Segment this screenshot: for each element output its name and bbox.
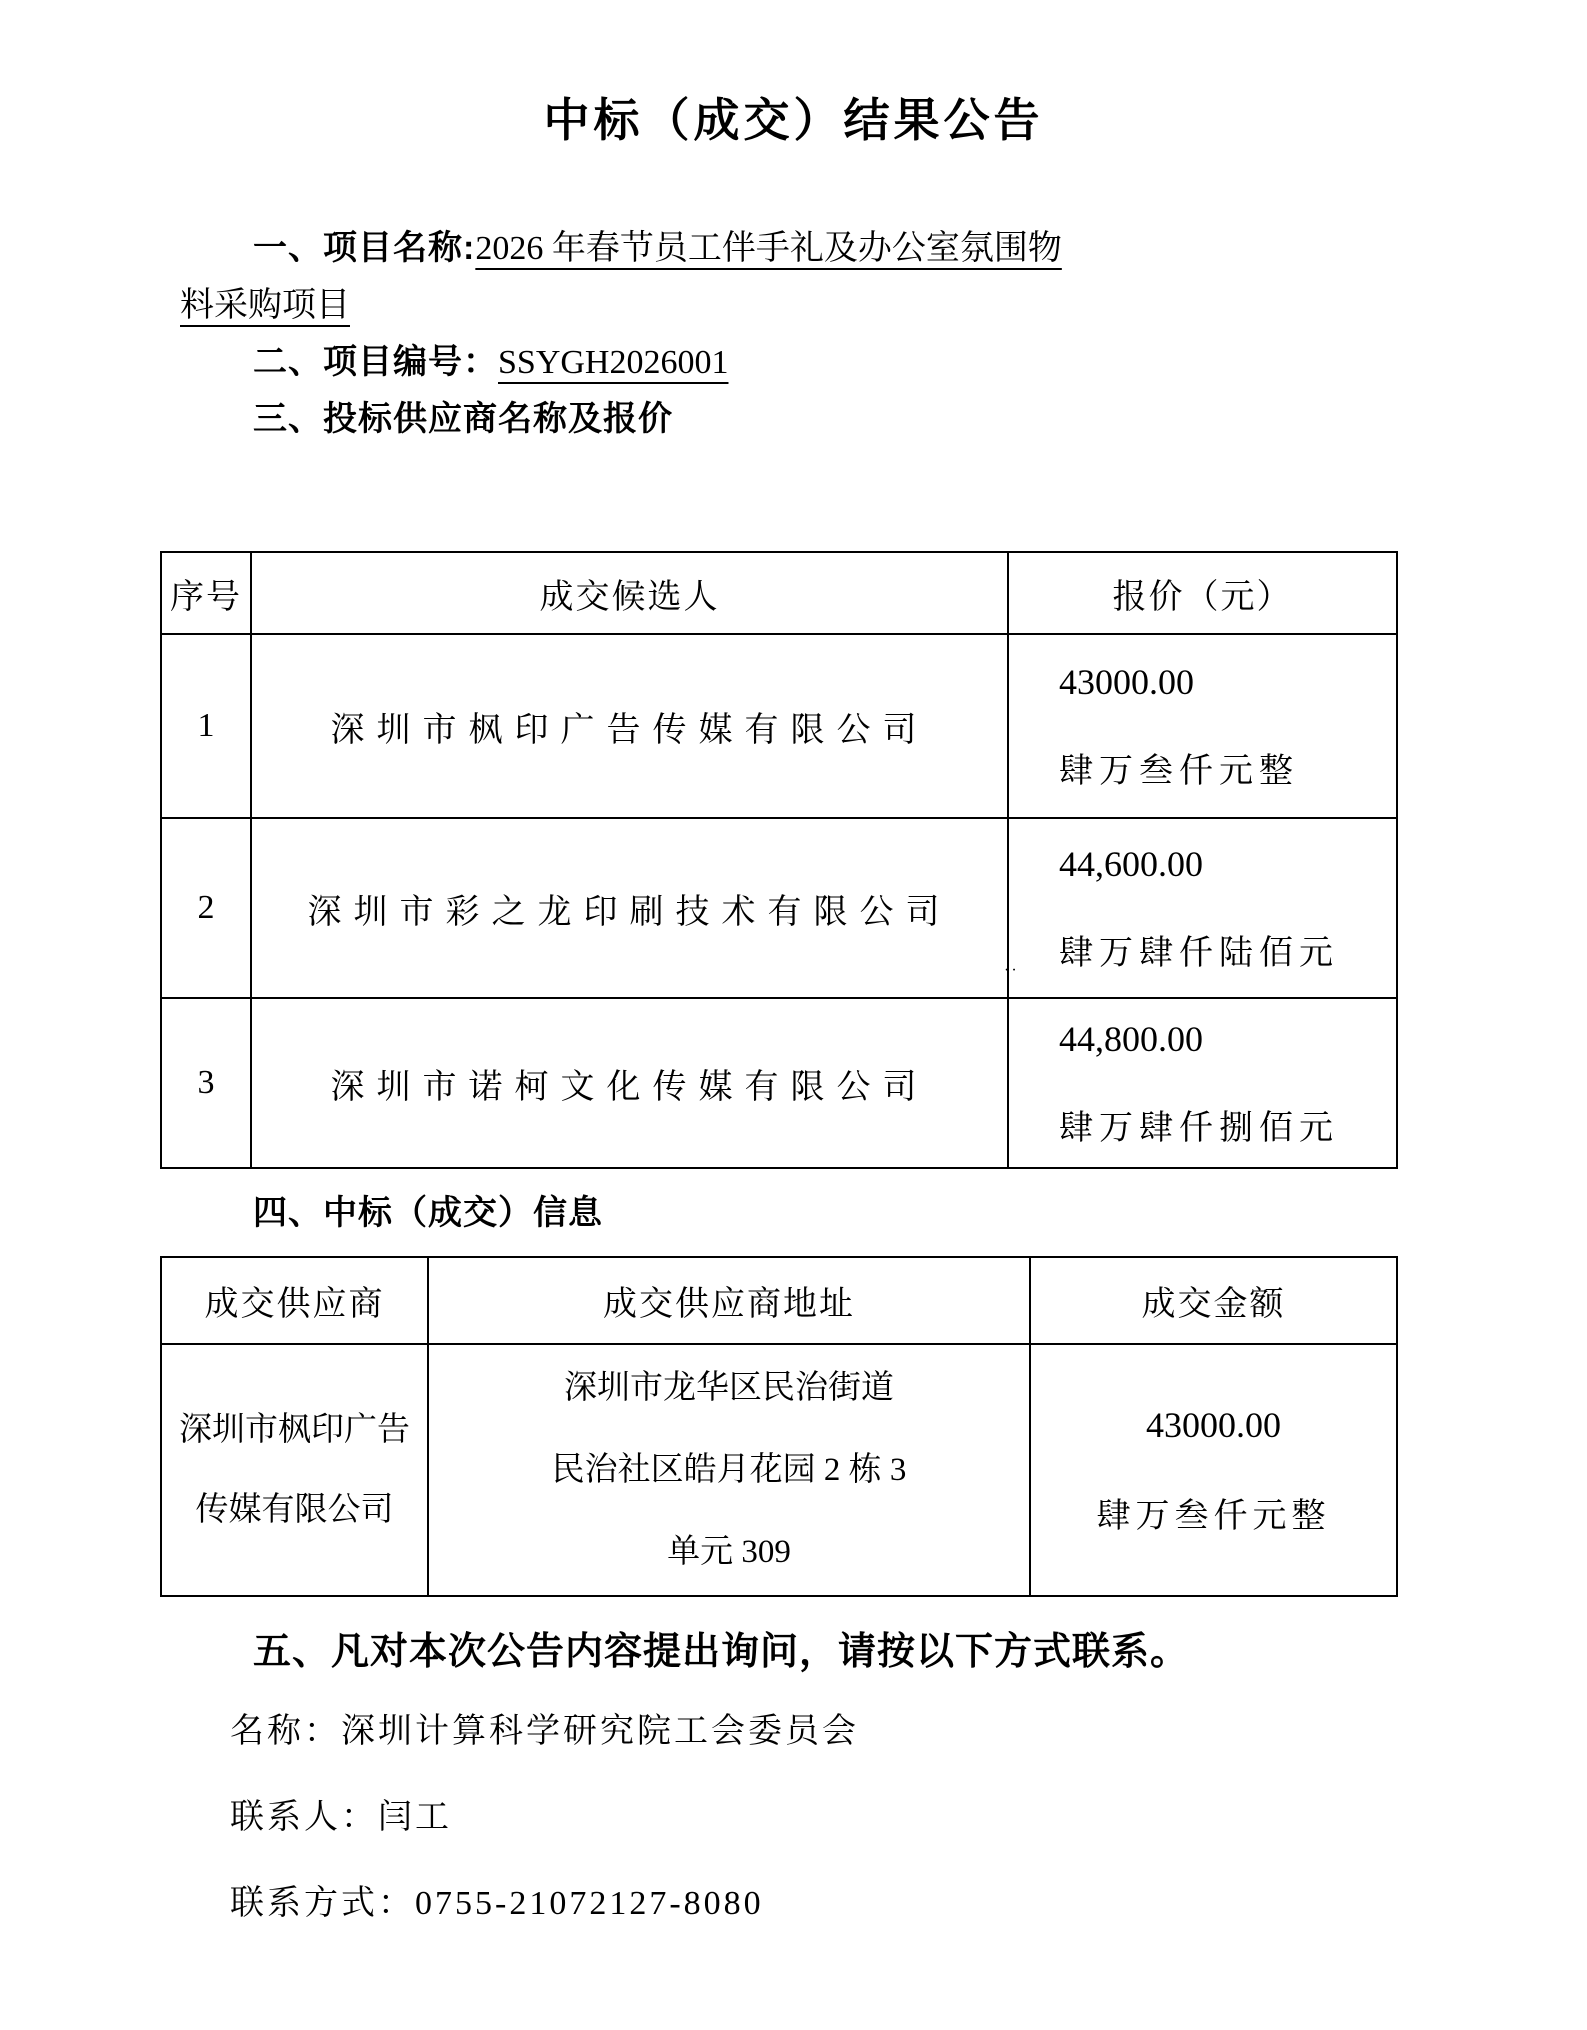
bidder-1-price-number: 43000.00: [1059, 661, 1396, 703]
award-table-header-row: 成交供应商 成交供应商地址 成交金额: [161, 1257, 1397, 1344]
table-row: 3 深圳市诺柯文化传媒有限公司 44,800.00 肆万肆仟捌佰元: [161, 998, 1397, 1168]
award-amount-number: 43000.00: [1031, 1404, 1396, 1446]
bidders-header-candidate: 成交候选人: [251, 552, 1008, 634]
award-supplier-cell: 深圳市枫印广告 传媒有限公司: [161, 1344, 428, 1596]
bidder-3-price-words: 肆万肆仟捌佰元: [1059, 1100, 1396, 1149]
contact-phone-label: 联系方式：: [230, 1885, 415, 1922]
section-5-heading: 五、凡对本次公告内容提出询问，请按以下方式联系。: [0, 1623, 1587, 1681]
bidders-table-header-row: 序号 成交候选人 报价（元）: [161, 552, 1397, 634]
award-address-line-2: 民治社区皓月花园 2 栋 3: [429, 1429, 1029, 1511]
section-2-project-number-line: 二、项目编号：SSYGH2026001: [0, 334, 1587, 391]
contact-name-value: 深圳计算科学研究院工会委员会: [341, 1713, 859, 1750]
bidder-3-price-cell: 44,800.00 肆万肆仟捌佰元: [1008, 998, 1397, 1168]
contact-person-value: 闫工: [378, 1799, 452, 1836]
contact-person-label: 联系人：: [230, 1799, 378, 1836]
section-4-heading: 四、中标（成交）信息: [0, 1185, 1587, 1242]
project-number-value: SSYGH2026001: [498, 344, 728, 381]
project-name-value-line-1: 2026 年春节员工伴手礼及办公室氛围物: [475, 230, 1062, 267]
award-supplier-line-2: 传媒有限公司: [162, 1470, 427, 1550]
table-row: 1 深圳市枫印广告传媒有限公司 43000.00 肆万叁仟元整: [161, 634, 1397, 818]
bidder-2-price-cell: 44,600.00 肆万肆仟陆佰元: [1008, 818, 1397, 998]
document-title: 中标（成交）结果公告: [0, 0, 1587, 150]
award-header-amount: 成交金额: [1030, 1257, 1397, 1344]
contact-block: 名称：深圳计算科学研究院工会委员会 联系人：闫工 联系方式：0755-21072…: [0, 1689, 1587, 1947]
award-address-line-3: 单元 309: [429, 1511, 1029, 1593]
section-1-project-name-line-2: 料采购项目: [0, 277, 1587, 334]
award-address-line-1: 深圳市龙华区民治街道: [429, 1347, 1029, 1429]
award-supplier-line-1: 深圳市枫印广告: [162, 1390, 427, 1470]
award-header-supplier: 成交供应商: [161, 1257, 428, 1344]
section-4-heading-text: 四、中标（成交）信息: [253, 1194, 603, 1232]
award-info-table: 成交供应商 成交供应商地址 成交金额 深圳市枫印广告 传媒有限公司 深圳市龙华区…: [160, 1256, 1398, 1597]
contact-phone-value: 0755-21072127-8080: [415, 1885, 764, 1922]
bidder-1-no: 1: [161, 634, 251, 818]
section-1-project-name-line-1: 一、项目名称:2026 年春节员工伴手礼及办公室氛围物: [0, 220, 1587, 277]
table-row: 2 深圳市彩之龙印刷技术有限公司 44,600.00 肆万肆仟陆佰元: [161, 818, 1397, 998]
bidder-2-no: 2: [161, 818, 251, 998]
contact-name-label: 名称：: [230, 1713, 341, 1750]
contact-name-line: 名称：深圳计算科学研究院工会委员会: [0, 1689, 1587, 1775]
bidder-2-price-number: 44,600.00: [1059, 843, 1396, 885]
contact-person-line: 联系人：闫工: [0, 1775, 1587, 1861]
award-address-cell: 深圳市龙华区民治街道 民治社区皓月花园 2 栋 3 单元 309: [428, 1344, 1030, 1596]
section-3-heading-text: 三、投标供应商名称及报价: [253, 400, 673, 438]
bidder-2-price-words: 肆万肆仟陆佰元: [1059, 925, 1396, 974]
bidder-3-candidate: 深圳市诺柯文化传媒有限公司: [251, 998, 1008, 1168]
bidder-1-price-words: 肆万叁仟元整: [1059, 743, 1396, 792]
announcement-document-page: 中标（成交）结果公告 一、项目名称:2026 年春节员工伴手礼及办公室氛围物 料…: [0, 0, 1587, 2030]
stray-print-mark: ··: [1004, 962, 1019, 980]
table-row: 深圳市枫印广告 传媒有限公司 深圳市龙华区民治街道 民治社区皓月花园 2 栋 3…: [161, 1344, 1397, 1596]
bidder-3-price-number: 44,800.00: [1059, 1018, 1396, 1060]
section-2-label: 二、项目编号：: [253, 343, 498, 381]
section-5-heading-text: 五、凡对本次公告内容提出询问，请按以下方式联系。: [253, 1631, 1189, 1673]
award-header-address: 成交供应商地址: [428, 1257, 1030, 1344]
bidders-price-table: 序号 成交候选人 报价（元） 1 深圳市枫印广告传媒有限公司 43000.00 …: [160, 551, 1398, 1169]
document-body: 一、项目名称:2026 年春节员工伴手礼及办公室氛围物 料采购项目 二、项目编号…: [0, 220, 1587, 1947]
bidders-header-no: 序号: [161, 552, 251, 634]
bidder-1-candidate: 深圳市枫印广告传媒有限公司: [251, 634, 1008, 818]
bidder-1-price-cell: 43000.00 肆万叁仟元整: [1008, 634, 1397, 818]
bidder-2-candidate: 深圳市彩之龙印刷技术有限公司: [251, 818, 1008, 998]
section-3-heading: 三、投标供应商名称及报价: [0, 391, 1587, 448]
award-amount-words: 肆万叁仟元整: [1031, 1488, 1396, 1537]
bidder-3-no: 3: [161, 998, 251, 1168]
section-1-label: 一、项目名称:: [253, 229, 475, 267]
bidders-header-price: 报价（元）: [1008, 552, 1397, 634]
project-name-value-line-2: 料采购项目: [180, 287, 350, 324]
award-amount-cell: 43000.00 肆万叁仟元整: [1030, 1344, 1397, 1596]
contact-phone-line: 联系方式：0755-21072127-8080: [0, 1861, 1587, 1947]
